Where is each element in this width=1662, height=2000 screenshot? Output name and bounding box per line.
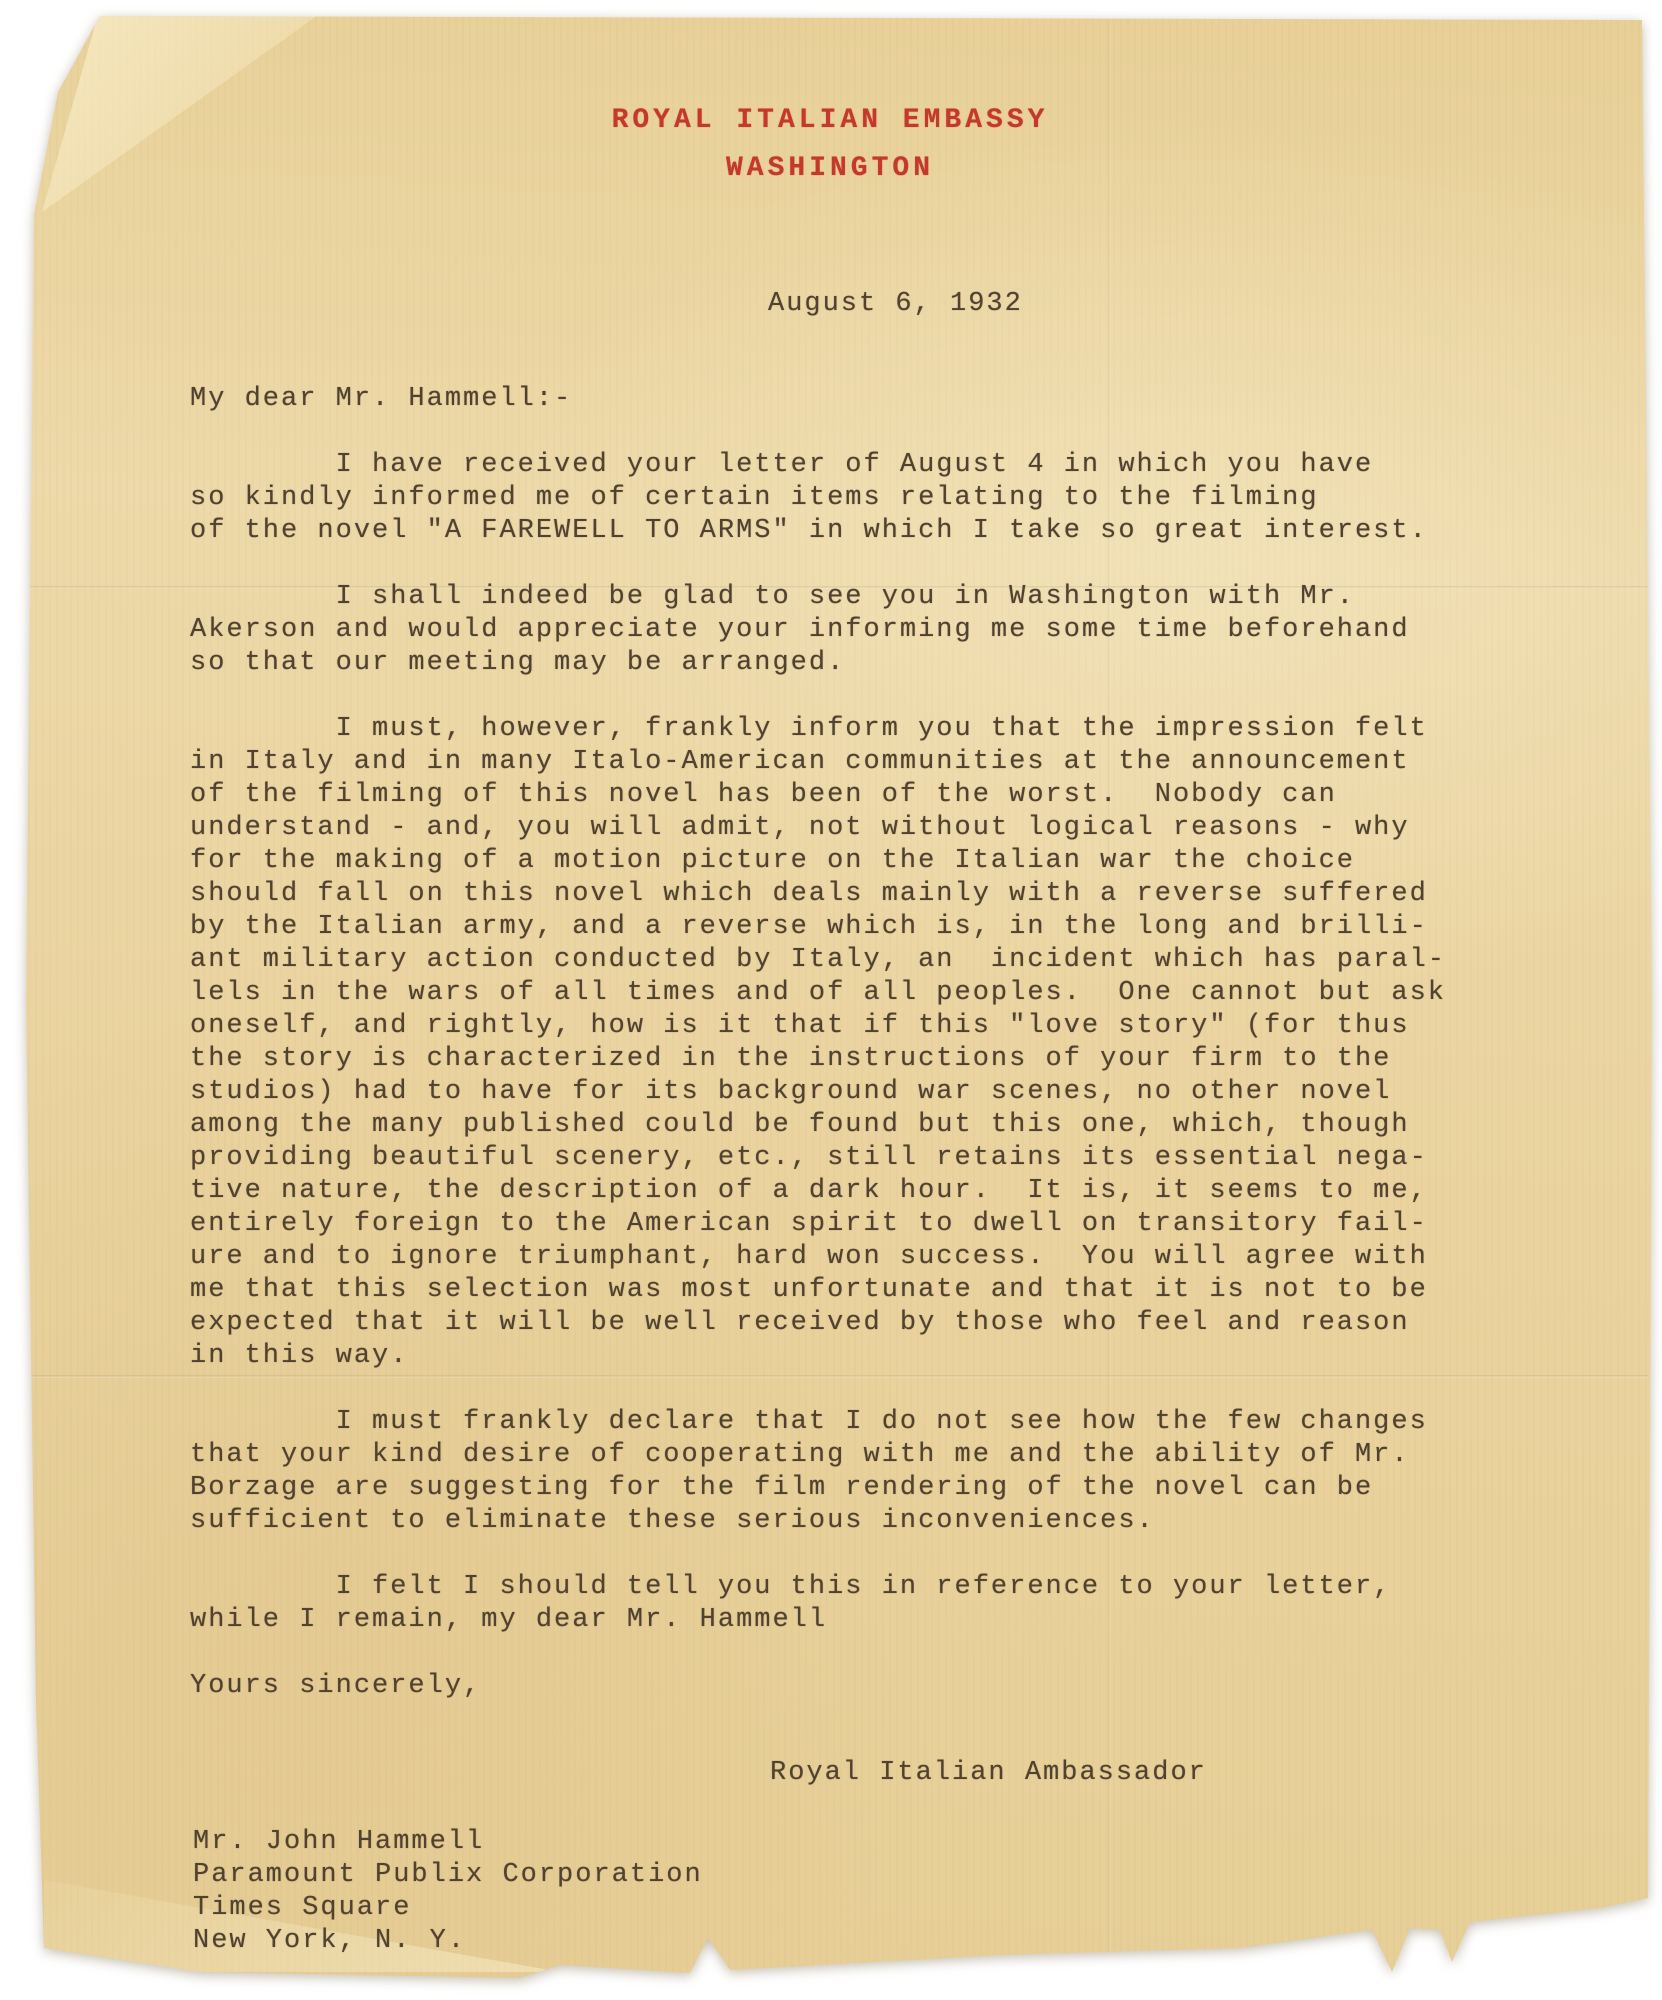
signature-title: Royal Italian Ambassador — [770, 1757, 1207, 1790]
letter-body: My dear Mr. Hammell:- I have received yo… — [190, 383, 1520, 1703]
date-line: August 6, 1932 — [768, 288, 1023, 321]
recipient-address-line2: New York, N. Y. — [193, 1925, 703, 1958]
salutation: My dear Mr. Hammell:- — [190, 383, 1520, 416]
valediction: Yours sincerely, — [190, 1670, 1520, 1703]
recipient-company: Paramount Publix Corporation — [193, 1859, 703, 1892]
letter-paragraph-1: I have received your letter of August 4 … — [190, 449, 1520, 548]
recipient-address-line1: Times Square — [193, 1892, 703, 1925]
recipient-address-block: Mr. John Hammell Paramount Publix Corpor… — [193, 1826, 703, 1958]
letter-paragraph-3: I must, however, frankly inform you that… — [190, 713, 1520, 1373]
letter-paragraph-4: I must frankly declare that I do not see… — [190, 1406, 1520, 1538]
letter-paragraph-5: I felt I should tell you this in referen… — [190, 1571, 1520, 1637]
paper-shadow: ROYAL ITALIAN EMBASSY WASHINGTON August … — [0, 0, 1662, 2000]
letter-photo: ROYAL ITALIAN EMBASSY WASHINGTON August … — [0, 0, 1662, 2000]
letter-paper: ROYAL ITALIAN EMBASSY WASHINGTON August … — [0, 0, 1662, 2000]
letter-paragraph-2: I shall indeed be glad to see you in Was… — [190, 581, 1520, 680]
letterhead-line1: ROYAL ITALIAN EMBASSY — [10, 104, 1650, 137]
letterhead: ROYAL ITALIAN EMBASSY WASHINGTON — [10, 104, 1650, 185]
letterhead-line2: WASHINGTON — [10, 152, 1650, 185]
recipient-name: Mr. John Hammell — [193, 1826, 703, 1859]
